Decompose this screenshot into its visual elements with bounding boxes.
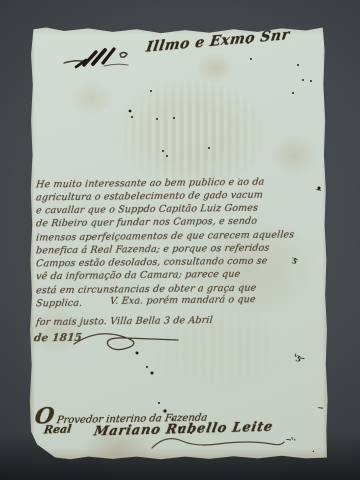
margin-ink-mark: ᵗʒ‒ <box>293 351 304 362</box>
pen-flourish <box>72 330 182 356</box>
manuscript-line: Campos estão desolados, consultando como… <box>35 257 268 270</box>
ink-bleedthrough-streaks <box>116 78 268 190</box>
margin-ink-mark: ʒ· <box>291 254 298 265</box>
manuscript-line: vê da informação da Camara; parece que <box>35 270 240 283</box>
manuscript-line: agricultura o estabelecimento de gado va… <box>35 191 263 204</box>
manuscript-page: Illmo e Exmo Snr He muito interessante a… <box>28 24 330 461</box>
margin-ink-mark: ‒ <box>315 184 321 195</box>
manuscript-line: V. Exa. porém mandará o que <box>109 295 256 307</box>
salutation-line: Illmo e Exmo Snr <box>145 26 297 55</box>
signature-office-line2: Real <box>43 422 72 436</box>
margin-ink-mark: ‒ᵛ· <box>285 433 296 444</box>
manuscript-line: e cavallar que o Suppdo Capitão Luiz Gom… <box>35 204 258 217</box>
ink-specks <box>28 24 30 26</box>
manuscript-line: imensos aperfeiçoamentos de que carecem … <box>35 230 294 243</box>
margin-ink-mark: · <box>311 446 314 456</box>
margin-ink-mark: ‒ <box>317 402 323 413</box>
ink-hatch-marks <box>58 30 144 70</box>
manuscript-line: benefica á Real Fazenda; e porque os ref… <box>35 244 269 257</box>
manuscript-line: Supplica. <box>35 299 82 310</box>
manuscript-line: de Ribeiro quer fundar nos Campos, e sen… <box>35 217 257 230</box>
signature-flourish <box>148 432 288 454</box>
photographed-document-scan: Illmo e Exmo Snr He muito interessante a… <box>0 0 360 480</box>
